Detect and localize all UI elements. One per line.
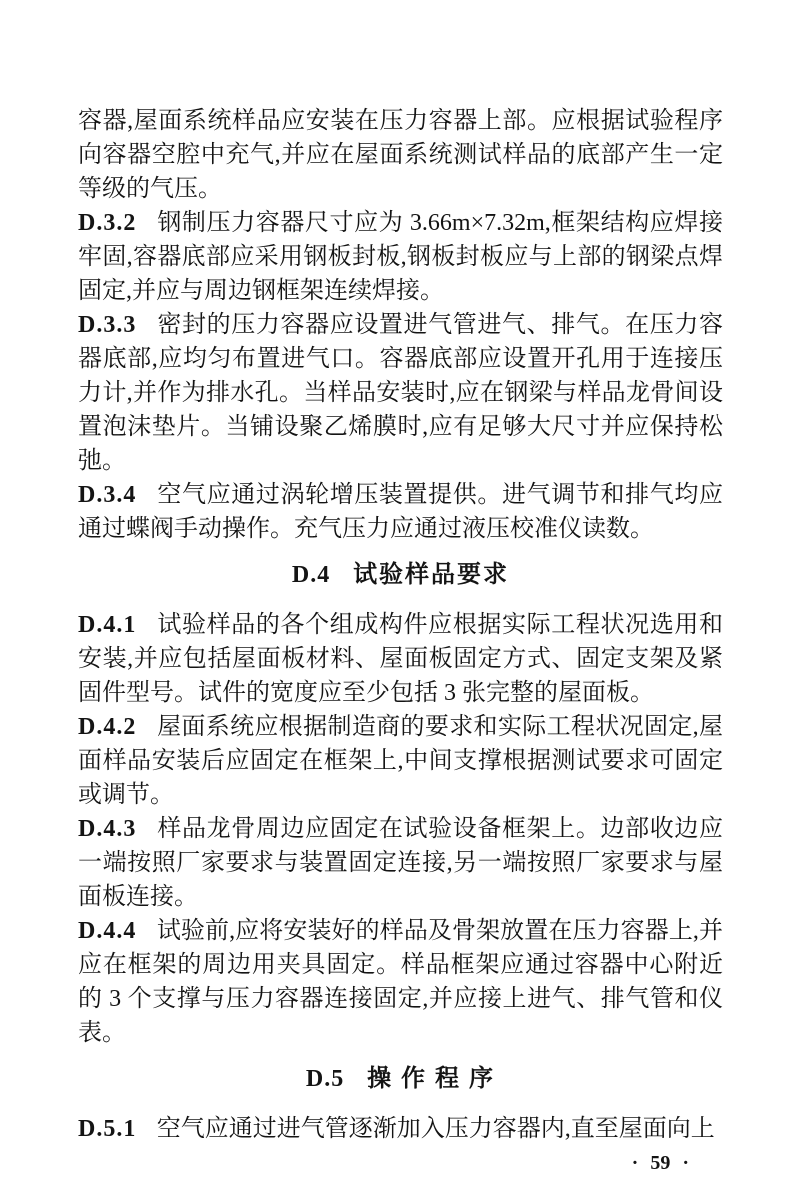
section-number: D.5 <box>306 1066 344 1092</box>
clause-number: D.3.4 <box>78 482 136 508</box>
clause-d-3-4: D.3.4空气应通过涡轮增压装置提供。进气调节和排气均应通过蝶阀手动操作。充气压… <box>78 478 723 546</box>
section-heading-d5: D.5操 作 程 序 <box>78 1062 723 1096</box>
document-page: 容器,屋面系统样品应安装在压力容器上部。应根据试验程序向容器空腔中充气,并应在屋… <box>0 0 800 1177</box>
clause-text: 试验样品的各个组成构件应根据实际工程状况选用和安装,并应包括屋面板材料、屋面板固… <box>78 612 723 706</box>
clause-number: D.3.2 <box>78 210 136 236</box>
continuation-paragraph: 容器,屋面系统样品应安装在压力容器上部。应根据试验程序向容器空腔中充气,并应在屋… <box>78 104 723 206</box>
clause-number: D.4.1 <box>78 612 136 638</box>
section-heading-d4: D.4试验样品要求 <box>78 558 723 592</box>
section-title: 试验样品要求 <box>353 562 509 588</box>
page-number: · 59 · <box>78 1146 723 1177</box>
clause-d-4-1: D.4.1试验样品的各个组成构件应根据实际工程状况选用和安装,并应包括屋面板材料… <box>78 608 723 710</box>
clause-d-4-2: D.4.2屋面系统应根据制造商的要求和实际工程状况固定,屋面样品安装后应固定在框… <box>78 710 723 812</box>
clause-text: 钢制压力容器尺寸应为 3.66m×7.32m,框架结构应焊接牢固,容器底部应采用… <box>78 210 723 304</box>
clause-d-4-3: D.4.3样品龙骨周边应固定在试验设备框架上。边部收边应一端按照厂家要求与装置固… <box>78 812 723 914</box>
clause-number: D.3.3 <box>78 312 136 338</box>
clause-text: 试验前,应将安装好的样品及骨架放置在压力容器上,并应在框架的周边用夹具固定。样品… <box>78 918 723 1046</box>
clause-text: 样品龙骨周边应固定在试验设备框架上。边部收边应一端按照厂家要求与装置固定连接,另… <box>78 816 723 910</box>
clause-number: D.4.3 <box>78 816 136 842</box>
clause-text: 密封的压力容器应设置进气管进气、排气。在压力容器底部,应均匀布置进气口。容器底部… <box>78 312 723 474</box>
section-number: D.4 <box>292 562 330 588</box>
clause-text: 屋面系统应根据制造商的要求和实际工程状况固定,屋面样品安装后应固定在框架上,中间… <box>78 714 723 808</box>
clause-text: 空气应通过涡轮增压装置提供。进气调节和排气均应通过蝶阀手动操作。充气压力应通过液… <box>78 482 723 542</box>
clause-d-3-2: D.3.2钢制压力容器尺寸应为 3.66m×7.32m,框架结构应焊接牢固,容器… <box>78 206 723 308</box>
clause-number: D.5.1 <box>78 1116 136 1142</box>
section-title: 操 作 程 序 <box>367 1066 495 1092</box>
clause-d-4-4: D.4.4试验前,应将安装好的样品及骨架放置在压力容器上,并应在框架的周边用夹具… <box>78 914 723 1050</box>
clause-d-5-1: D.5.1空气应通过进气管逐渐加入压力容器内,直至屋面向上 <box>78 1112 723 1146</box>
clause-text: 空气应通过进气管逐渐加入压力容器内,直至屋面向上 <box>157 1116 715 1142</box>
clause-number: D.4.2 <box>78 714 136 740</box>
clause-number: D.4.4 <box>78 918 136 944</box>
clause-d-3-3: D.3.3密封的压力容器应设置进气管进气、排气。在压力容器底部,应均匀布置进气口… <box>78 308 723 478</box>
